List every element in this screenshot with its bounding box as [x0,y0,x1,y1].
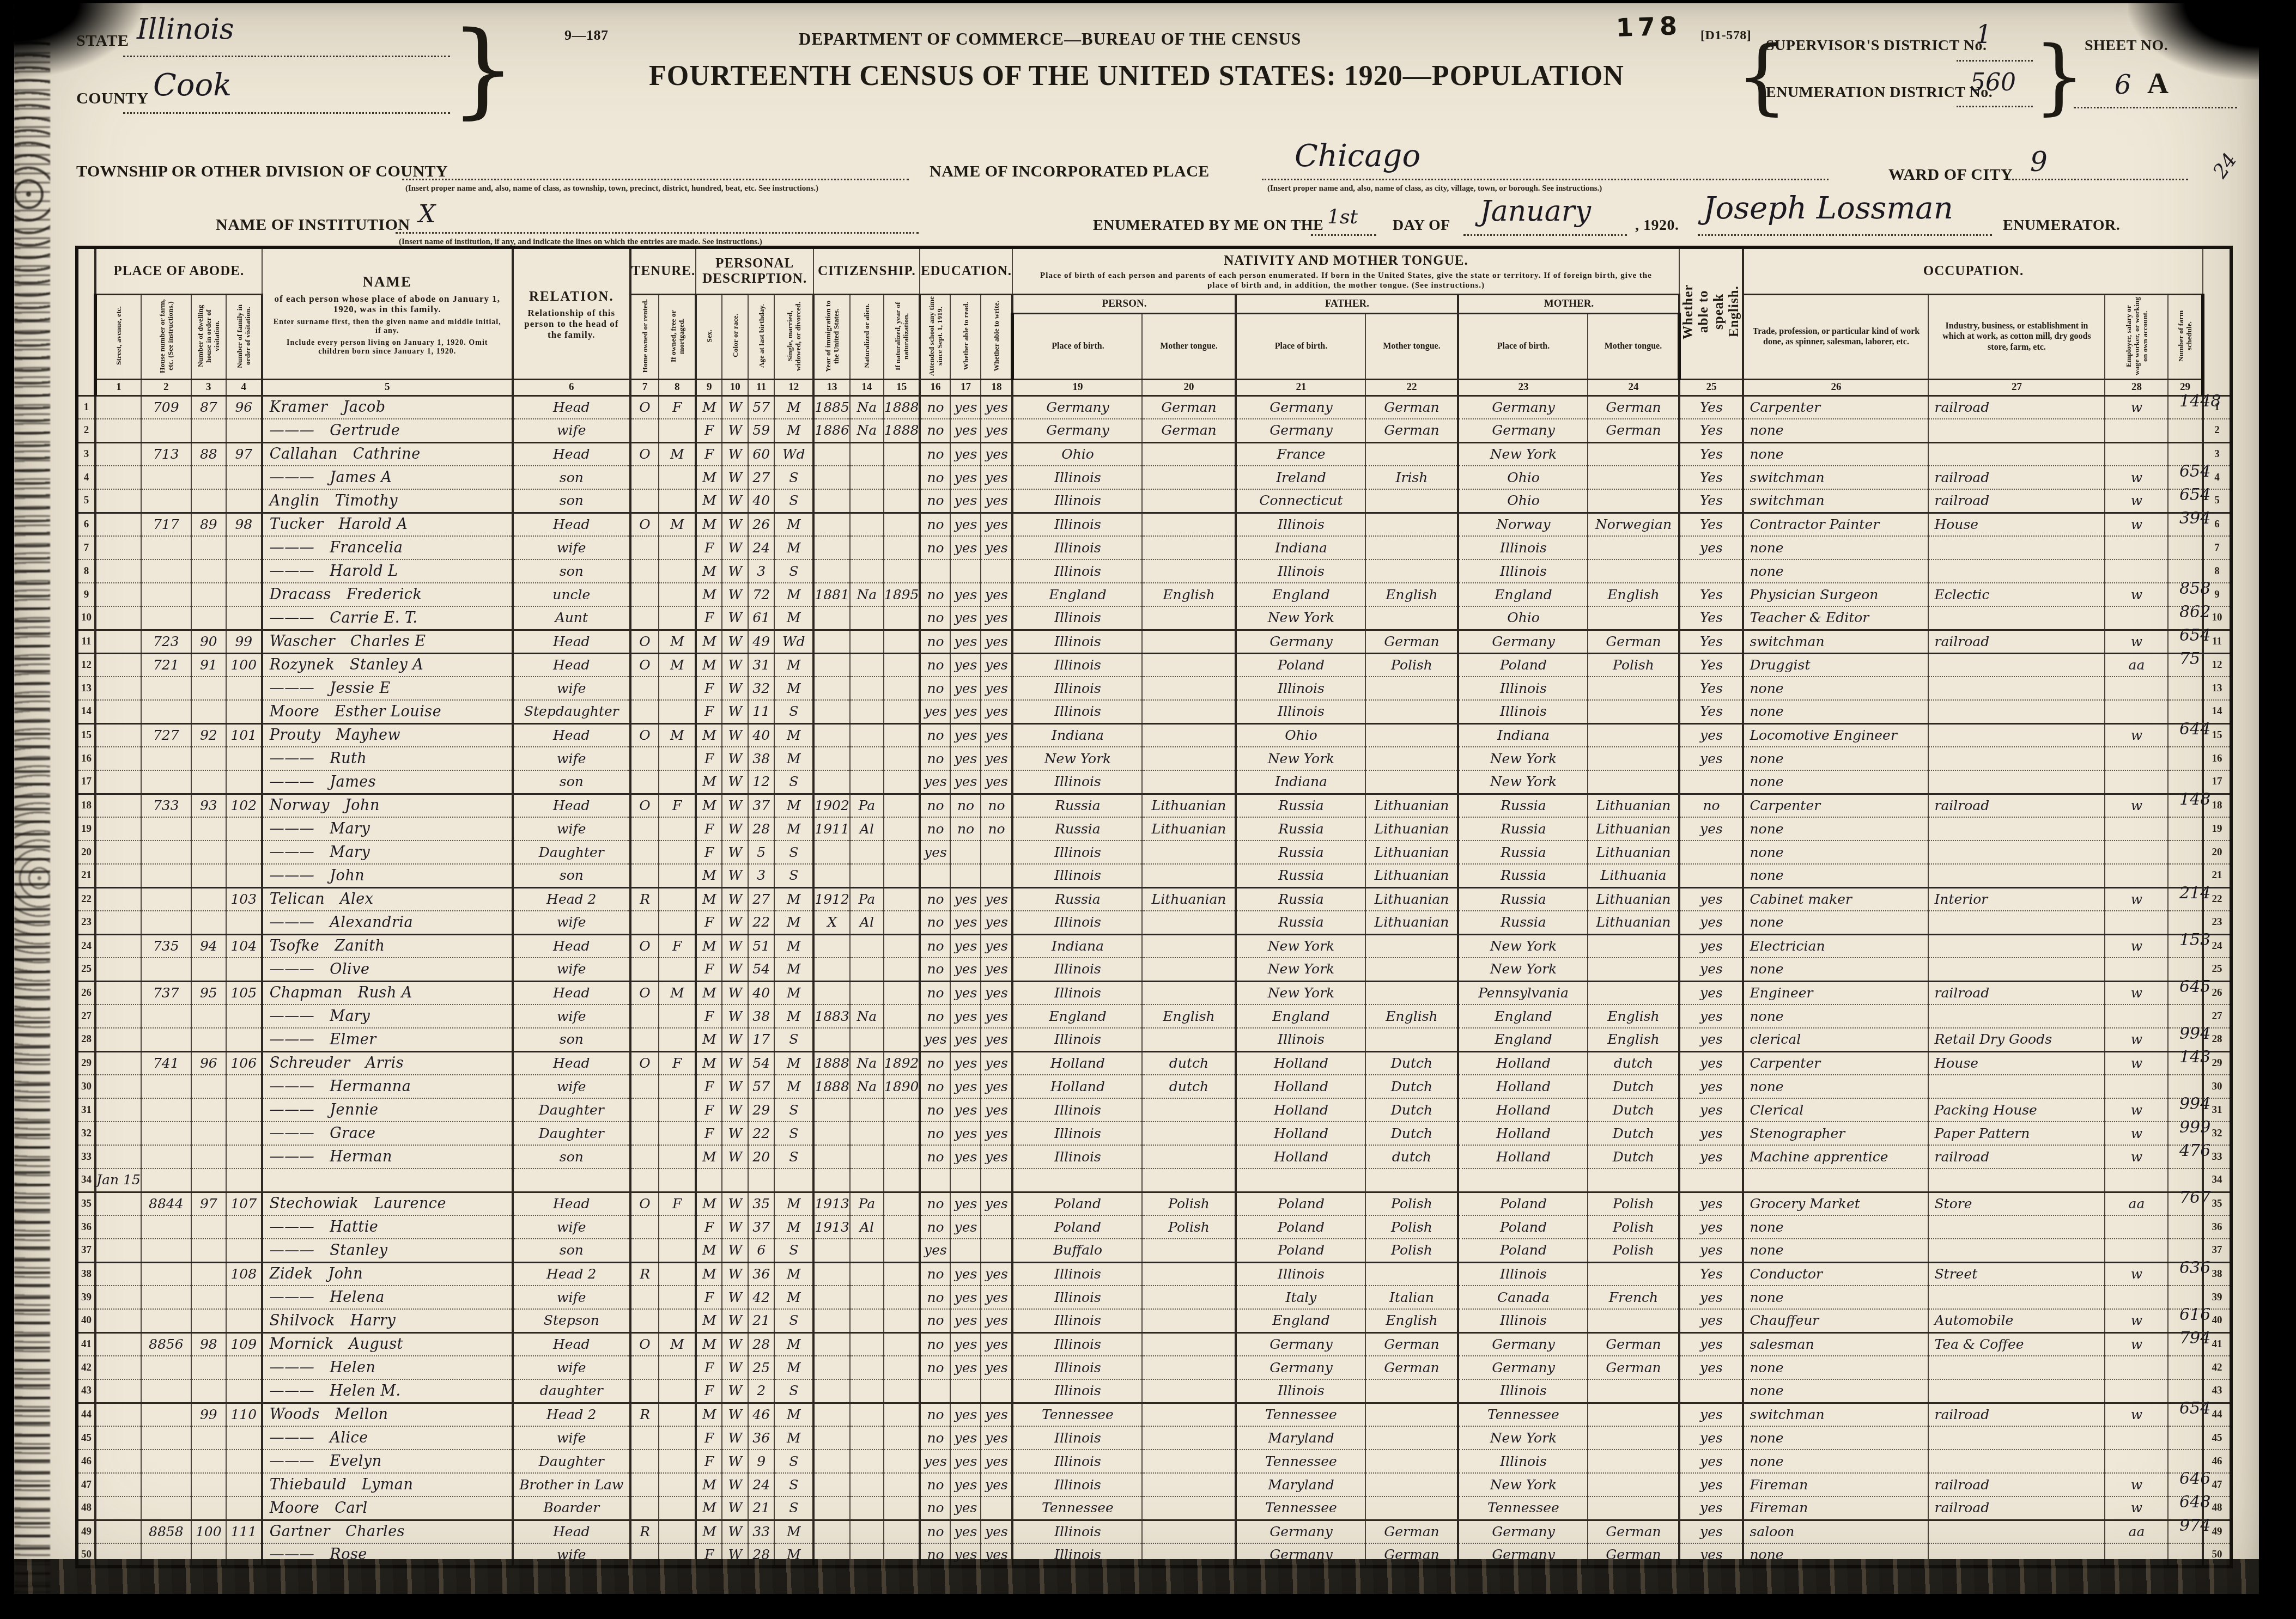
cell-ind [1928,723,2105,747]
cell-emp [2105,1005,2168,1028]
cell-write [981,864,1012,887]
cell-read: yes [950,442,981,466]
cell-mort: M [659,513,696,536]
cell-ind [1928,1168,2105,1192]
cell-ind [1928,1520,2105,1543]
cell-nat [850,513,884,536]
cell-sch [920,864,950,887]
line-number-left: 24 [77,934,95,958]
cell-color: W [722,442,748,466]
cell-sex: M [696,395,722,419]
cell-tng [1142,1168,1236,1192]
col-header-age: Age at last birthday. [748,294,774,379]
cell-name: Kramer Jacob [262,395,513,419]
margin-tally-number: 858 [2179,579,2210,598]
cell-imm [813,442,850,466]
cell-fam [226,1309,262,1332]
cell-fpob: Illinois [1236,1028,1365,1051]
cell-tng [1142,1520,1236,1543]
column-number-4: 4 [226,379,262,395]
cell-color: W [722,653,748,677]
cell-ftng [1365,1028,1458,1051]
cell-dwell [191,559,226,583]
cell-sch: no [920,911,950,934]
cell-mar [774,1168,813,1192]
cell-ten [630,700,659,723]
month-dotted-line [1463,234,1627,236]
cell-age: 35 [748,1192,774,1215]
cell-ftng [1365,700,1458,723]
cell-nat: Na [850,419,884,442]
cell-street [95,887,141,911]
cell-write: no [981,794,1012,817]
cell-nat: Na [850,1051,884,1075]
cell-ind: railroad [1928,489,2105,513]
col-header-write: Whether able to write. [981,294,1012,379]
cell-color: W [722,395,748,419]
cell-dwell: 100 [191,1520,226,1543]
line-number-left: 46 [77,1450,95,1473]
scan-left-edge-artifact [14,3,50,1594]
cell-tng: Polish [1142,1192,1236,1215]
cell-color: W [722,1403,748,1426]
cell-sch [920,559,950,583]
cell-house [141,1145,191,1168]
cell-sch: no [920,1356,950,1379]
cell-mar: M [774,1403,813,1426]
cell-sex: M [696,653,722,677]
cell-dwell: 87 [191,395,226,419]
cell-street: Jan 15 [95,1168,141,1192]
cell-rel: son [513,559,630,583]
table-row: 30——— HermannawifeFW57M1888Na1890noyesye… [77,1075,2231,1098]
cell-ten [630,606,659,630]
cell-color: W [722,887,748,911]
cell-fpob: Holland [1236,1098,1365,1122]
cell-mort [659,1262,696,1286]
margin-tally-number: 214 [2179,884,2210,903]
cell-house: 735 [141,934,191,958]
cell-ind [1928,1286,2105,1309]
table-row: 23——— AlexandriawifeFW22MXAlnoyesyesIlli… [77,911,2231,934]
line-number-left: 47 [77,1473,95,1496]
cell-mar: M [774,1286,813,1309]
cell-natyr [884,864,920,887]
col-header-mar: Single, married, widowed, or divorced. [774,294,813,379]
cell-sch: no [920,1520,950,1543]
cell-ftng: dutch [1365,1145,1458,1168]
cell-rel: son [513,1028,630,1051]
cell-read: yes [950,677,981,700]
cell-nat [850,1332,884,1356]
cell-ten: O [630,1192,659,1215]
col-header-emp: Employer, salary or wage worker, or work… [2105,294,2168,379]
col-header-dwell: Number of dwelling house in order of vis… [191,294,226,379]
column-number-27: 27 [1928,379,2105,395]
cell-imm [813,1426,850,1450]
cell-color: W [722,1496,748,1520]
cell-fpob: Illinois [1236,700,1365,723]
cell-ten [630,1496,659,1520]
cell-house [141,536,191,559]
cell-eng: Yes [1679,700,1743,723]
cell-fam [226,559,262,583]
cell-emp: w [2105,1028,2168,1051]
cell-fpob: Poland [1236,1192,1365,1215]
cell-sch: yes [920,1239,950,1262]
cell-emp [2105,1379,2168,1403]
cell-imm: 1883 [813,1005,850,1028]
cell-dwell [191,911,226,934]
cell-eng [1679,1379,1743,1403]
cell-age: 49 [748,630,774,653]
cell-natyr [884,887,920,911]
cell-mtng: English [1588,583,1679,606]
cell-write: yes [981,770,1012,794]
table-row: 34Jan 1534 [77,1168,2231,1192]
cell-dwell [191,770,226,794]
cell-sch: no [920,606,950,630]
cell-pob: Illinois [1012,1262,1142,1286]
cell-pob: Russia [1012,887,1142,911]
cell-mpob: Pennsylvania [1458,981,1588,1005]
cell-street [95,583,141,606]
cell-write: yes [981,958,1012,981]
cell-mort [659,1168,696,1192]
department-line: DEPARTMENT OF COMMERCE—BUREAU OF THE CEN… [799,29,1301,49]
cell-read: yes [950,1403,981,1426]
cell-ftng [1365,1426,1458,1450]
cell-dwell [191,1145,226,1168]
cell-street [95,395,141,419]
census-title: FOURTEENTH CENSUS OF THE UNITED STATES: … [649,60,1624,92]
cell-mort: F [659,1192,696,1215]
cell-read: yes [950,1286,981,1309]
cell-ten: O [630,1051,659,1075]
cell-mpob: Holland [1458,1122,1588,1145]
cell-mtng: Lithuanian [1588,841,1679,864]
cell-imm [813,559,850,583]
line-number-left: 1 [77,395,95,419]
cell-name: ——— Stanley [262,1239,513,1262]
cell-sex: M [696,723,722,747]
cell-age: 61 [748,606,774,630]
cell-street [95,419,141,442]
line-number-left: 34 [77,1168,95,1192]
cell-mtng [1588,700,1679,723]
cell-emp: w [2105,466,2168,489]
cell-nat [850,700,884,723]
cell-nat [850,1286,884,1309]
cell-sch: no [920,466,950,489]
cell-sch: no [920,1496,950,1520]
cell-fpob: Tennessee [1236,1496,1365,1520]
cell-natyr [884,1005,920,1028]
cell-ftng: Dutch [1365,1051,1458,1075]
cell-mpob: New York [1458,1426,1588,1450]
cell-dwell [191,419,226,442]
cell-imm [813,1122,850,1145]
cell-imm: 1913 [813,1215,850,1239]
cell-mtng [1588,1262,1679,1286]
cell-nat [850,536,884,559]
cell-read: yes [950,1520,981,1543]
cell-trade: none [1743,958,1928,981]
cell-mpob: England [1458,1005,1588,1028]
column-number-12: 12 [774,379,813,395]
cell-sex: M [696,559,722,583]
cell-tng [1142,513,1236,536]
cell-natyr [884,559,920,583]
sheet-value-handwriting: 6 [2115,70,2131,100]
cell-mpob: England [1458,583,1588,606]
cell-dwell [191,864,226,887]
cell-house [141,583,191,606]
cell-emp: w [2105,723,2168,747]
cell-rel: Head [513,1192,630,1215]
line-number-left: 43 [77,1379,95,1403]
cell-fam [226,1215,262,1239]
cell-write: yes [981,1450,1012,1473]
cell-natyr [884,723,920,747]
cell-rel: wife [513,911,630,934]
column-number-24: 24 [1588,379,1679,395]
cell-fpob: Illinois [1236,677,1365,700]
cell-house [141,1262,191,1286]
cell-tng [1142,1286,1236,1309]
cell-mort: F [659,1051,696,1075]
line-number-left: 13 [77,677,95,700]
cell-fam [226,1450,262,1473]
cell-mort [659,606,696,630]
cell-house [141,1122,191,1145]
line-number-left: 36 [77,1215,95,1239]
table-row: 33——— HermansonMW20SnoyesyesIllinoisHoll… [77,1145,2231,1168]
cell-tng [1142,489,1236,513]
cell-mar: M [774,1192,813,1215]
cell-fam [226,1028,262,1051]
cell-pob: Holland [1012,1075,1142,1098]
cell-rel [513,1168,630,1192]
cell-ten [630,1122,659,1145]
cell-mpob: Illinois [1458,1379,1588,1403]
cell-sex: F [696,700,722,723]
cell-mpob: England [1458,1028,1588,1051]
cell-sch: no [920,1005,950,1028]
cell-color: W [722,513,748,536]
cell-color: W [722,1122,748,1145]
table-row: 31——— JennieDaughterFW29SnoyesyesIllinoi… [77,1098,2231,1122]
cell-dwell [191,1356,226,1379]
cell-trade: Carpenter [1743,395,1928,419]
cell-eng: yes [1679,536,1743,559]
cell-sex: F [696,1379,722,1403]
cell-pob: Illinois [1012,864,1142,887]
cell-house [141,1286,191,1309]
cell-fpob: Connecticut [1236,489,1365,513]
cell-fpob: Holland [1236,1051,1365,1075]
cell-age: 38 [748,1005,774,1028]
cell-color: W [722,958,748,981]
table-row: 21——— JohnsonMW3SIllinoisRussiaLithuania… [77,864,2231,887]
cell-mpob: Russia [1458,864,1588,887]
cell-trade: Fireman [1743,1473,1928,1496]
cell-ten [630,583,659,606]
cell-pob: England [1012,1005,1142,1028]
cell-imm [813,1168,850,1192]
cell-ten [630,1426,659,1450]
cell-mort: F [659,794,696,817]
cell-nat: Al [850,1215,884,1239]
line-number-left: 40 [77,1309,95,1332]
cell-color: W [722,1215,748,1239]
cell-sch [920,1168,950,1192]
cell-write: yes [981,1005,1012,1028]
cell-name: ——— Hattie [262,1215,513,1239]
cell-fam: 105 [226,981,262,1005]
cell-age: 11 [748,700,774,723]
group-tenure: TENURE. [630,247,696,294]
place-note: (Insert proper name and, also, name of c… [1267,184,1602,193]
cell-age: 24 [748,1473,774,1496]
cell-sch: no [920,1262,950,1286]
cell-street [95,466,141,489]
cell-emp: w [2105,887,2168,911]
cell-sch: no [920,887,950,911]
cell-sex: F [696,1005,722,1028]
cell-trade: none [1743,1356,1928,1379]
cell-ind: railroad [1928,1496,2105,1520]
cell-emp [2105,1286,2168,1309]
cell-mpob: Canada [1458,1286,1588,1309]
cell-sch: no [920,1473,950,1496]
cell-emp [2105,419,2168,442]
cell-fam [226,1075,262,1098]
cell-eng: no [1679,794,1743,817]
cell-eng: yes [1679,911,1743,934]
cell-name: Callahan Cathrine [262,442,513,466]
line-number-left: 17 [77,770,95,794]
cell-pob: Illinois [1012,653,1142,677]
column-number-13: 13 [813,379,850,395]
cell-house [141,1075,191,1098]
cell-ten [630,489,659,513]
column-number-19: 19 [1012,379,1142,395]
state-county-brace: } [450,9,516,129]
cell-imm [813,1286,850,1309]
col-header-industry: Industry, business, or establishment in … [1928,294,2105,379]
table-row: 2473594104Tsofke ZanithHeadOFMW51Mnoyesy… [77,934,2231,958]
cell-mort [659,770,696,794]
col-header-mother-tongue: Mother tongue. [1588,313,1679,379]
cell-mort [659,1122,696,1145]
cell-street [95,1403,141,1426]
cell-sex [696,1168,722,1192]
cell-emp [2105,1168,2168,1192]
cell-mpob: Holland [1458,1051,1588,1075]
cell-fpob: Russia [1236,911,1365,934]
line-number-left: 38 [77,1262,95,1286]
cell-color [722,1168,748,1192]
cell-tng [1142,1473,1236,1496]
cell-tng [1142,1309,1236,1332]
cell-eng: yes [1679,1286,1743,1309]
cell-ftng: German [1365,395,1458,419]
cell-fam [226,1239,262,1262]
cell-ten: R [630,1262,659,1286]
cell-ind [1928,700,2105,723]
cell-emp: w [2105,934,2168,958]
line-number-left: 7 [77,536,95,559]
cell-street [95,513,141,536]
cell-read: yes [950,1145,981,1168]
cell-color: W [722,911,748,934]
enumeration-dotted-line [1957,106,2033,107]
cell-tng [1142,1122,1236,1145]
cell-tng [1142,981,1236,1005]
cell-mtng [1588,536,1679,559]
cell-mar: M [774,513,813,536]
cell-write: yes [981,606,1012,630]
cell-natyr [884,1145,920,1168]
cell-trade: Electrician [1743,934,1928,958]
cell-mort: M [659,442,696,466]
cell-ten: O [630,653,659,677]
cell-trade: switchman [1743,1403,1928,1426]
cell-mar: M [774,1262,813,1286]
cell-ftng [1365,442,1458,466]
cell-tng [1142,934,1236,958]
cell-fam: 107 [226,1192,262,1215]
cell-ind: railroad [1928,1145,2105,1168]
cell-imm [813,934,850,958]
cell-eng: yes [1679,817,1743,841]
cell-sch: no [920,630,950,653]
cell-name: Stechowiak Laurence [262,1192,513,1215]
table-row: 40Shilvock HarryStepsonMW21SnoyesyesIlli… [77,1309,2231,1332]
cell-pob: Russia [1012,794,1142,817]
cell-nat [850,606,884,630]
cell-mort [659,583,696,606]
cell-ind [1928,536,2105,559]
line-number-left: 35 [77,1192,95,1215]
line-number-left: 33 [77,1145,95,1168]
cell-eng: yes [1679,981,1743,1005]
cell-ten: O [630,723,659,747]
cell-tng [1142,1098,1236,1122]
cell-mar: M [774,536,813,559]
cell-mpob: Russia [1458,887,1588,911]
cell-ten [630,958,659,981]
cell-street [95,747,141,770]
cell-ten [630,1473,659,1496]
cell-ftng [1365,536,1458,559]
cell-mtng [1588,606,1679,630]
cell-dwell: 92 [191,723,226,747]
cell-tng [1142,700,1236,723]
cell-read: yes [950,887,981,911]
cell-rel: Head [513,630,630,653]
cell-house: 721 [141,653,191,677]
cell-age: 21 [748,1496,774,1520]
cell-house [141,1379,191,1403]
cell-ind [1928,1005,2105,1028]
table-row: 27——— MarywifeFW38M1883NanoyesyesEngland… [77,1005,2231,1028]
cell-read: yes [950,747,981,770]
cell-mpob: Ohio [1458,466,1588,489]
column-number-26: 26 [1743,379,1928,395]
cell-eng [1679,841,1743,864]
